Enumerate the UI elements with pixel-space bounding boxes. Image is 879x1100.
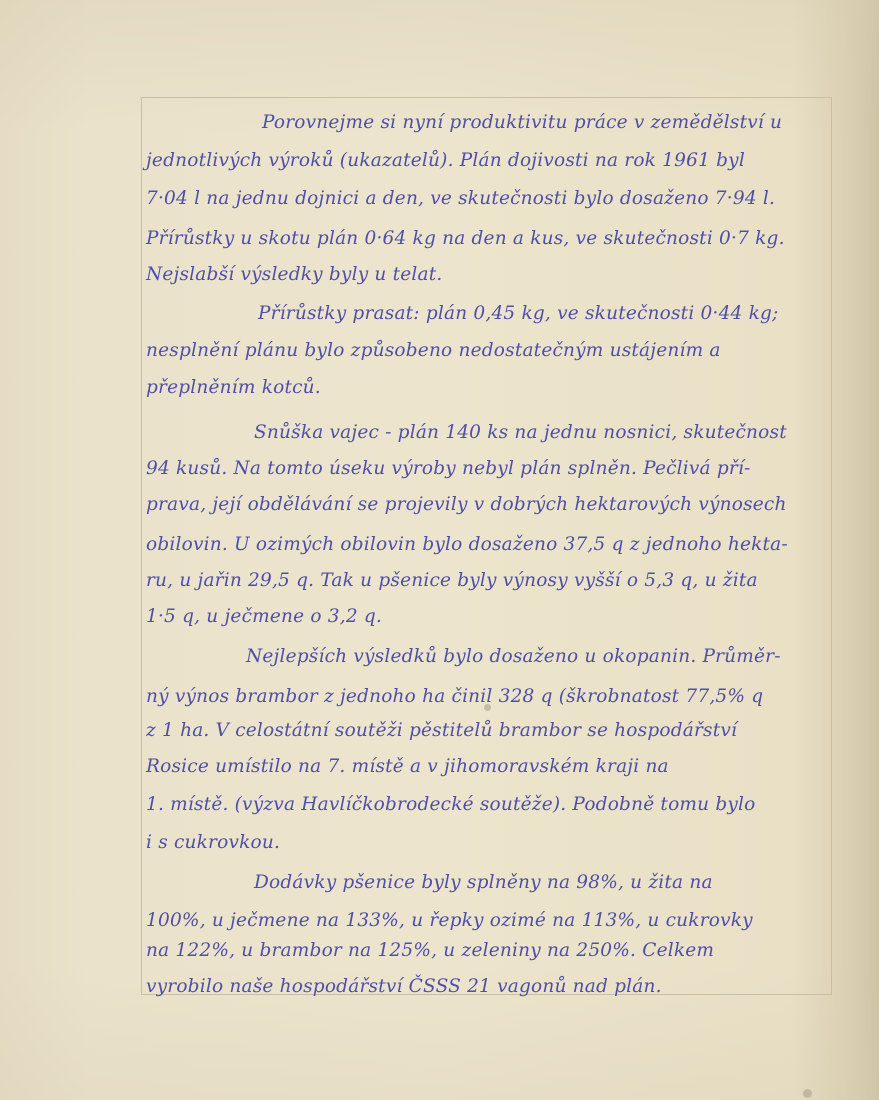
text-line: přeplněním kotců.: [146, 377, 321, 398]
text-line: na 122%, u brambor na 125%, u zeleniny n…: [146, 940, 714, 961]
paper-spot: [803, 1089, 812, 1098]
text-line: Dodávky pšenice byly splněny na 98%, u ž…: [254, 872, 713, 893]
text-line: z 1 ha. V celostátní soutěži pěstitelů b…: [146, 720, 737, 741]
text-line: Rosice umístilo na 7. místě a v jihomora…: [146, 756, 669, 777]
text-line: Přírůstky prasat: plán 0,45 kg, ve skute…: [258, 303, 778, 324]
text-line: vyrobilo naše hospodářství ČSSS 21 vagon…: [146, 976, 662, 997]
text-line: 7·04 l na jednu dojnici a den, ve skuteč…: [146, 188, 775, 209]
text-line: obilovin. U ozimých obilovin bylo dosaže…: [146, 534, 788, 555]
text-line: 100%, u ječmene na 133%, u řepky ozimé n…: [146, 910, 753, 931]
text-line: Porovnejme si nyní produktivitu práce v …: [262, 112, 782, 133]
text-line: 1. místě. (výzva Havlíčkobrodecké soutěž…: [146, 794, 756, 815]
text-line: prava, její obdělávání se projevily v do…: [146, 494, 787, 515]
text-line: Nejlepších výsledků bylo dosaženo u okop…: [246, 646, 781, 667]
text-line: 94 kusů. Na tomto úseku výroby nebyl plá…: [146, 458, 751, 479]
text-line: Nejslabší výsledky byly u telat.: [146, 264, 442, 285]
text-line: Snůška vajec - plán 140 ks na jednu nosn…: [254, 422, 787, 443]
text-line: 1·5 q, u ječmene o 3,2 q.: [146, 606, 382, 627]
text-line: nesplnění plánu bylo způsobeno nedostate…: [146, 340, 721, 361]
text-line: ru, u jařin 29,5 q. Tak u pšenice byly v…: [146, 570, 758, 591]
text-line: Přírůstky u skotu plán 0·64 kg na den a …: [146, 228, 785, 249]
text-line: i s cukrovkou.: [146, 832, 280, 853]
text-line: ný výnos brambor z jednoho ha činil 328 …: [146, 686, 763, 707]
text-line: jednotlivých výroků (ukazatelů). Plán do…: [146, 150, 745, 171]
